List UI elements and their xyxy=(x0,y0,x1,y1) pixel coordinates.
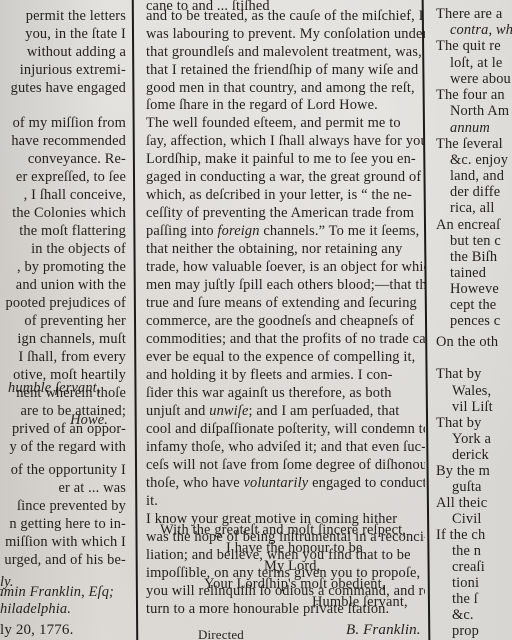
text-line: n getting here to in- xyxy=(9,516,126,533)
text-line: ever be equal to the expence of compelli… xyxy=(146,349,415,366)
text-line: pooted prejudices of xyxy=(6,295,127,312)
text-line: North Am xyxy=(450,103,509,120)
text-line: impoſſible, on any terms given you to pr… xyxy=(146,565,420,582)
text-line: you will relinquiſh ſo odious a command,… xyxy=(146,583,425,600)
text-line: turn to a more honourable private ſtatio… xyxy=(146,601,389,618)
text-line: &c. xyxy=(452,607,474,624)
text-line: nent wherein thoſe xyxy=(16,385,126,402)
text-line: An encreaſ xyxy=(436,217,500,234)
text-line: That by xyxy=(436,366,481,383)
text-line: injurious extremi- xyxy=(20,62,126,79)
text-line: true and ſure means of extending and ſec… xyxy=(146,295,417,312)
franklin-signature: B. Franklin. xyxy=(346,622,421,639)
text-line: derick xyxy=(452,447,489,464)
text-line: If the ch xyxy=(436,527,485,544)
text-line: I ſhall, from every xyxy=(18,349,126,366)
text-line: ſome ſhare in the regard of Lord Howe. xyxy=(146,97,378,114)
text-line: , I ſhall conceive, xyxy=(24,187,126,204)
text-line: the n xyxy=(452,543,481,560)
text-line: vil Liſt xyxy=(452,399,493,416)
philadelphia-place: hiladelphia. xyxy=(0,601,71,618)
text-line: The well founded eſteem, and permit me t… xyxy=(146,115,401,132)
text-line: paſſing into foreign channels.” To me it… xyxy=(146,223,419,240)
text-line: contra, wh xyxy=(450,22,512,39)
text-line: annum xyxy=(450,120,490,137)
text-line: Lordſhip, make it painful to me to ſee y… xyxy=(146,151,416,168)
text-line: rica, all xyxy=(450,200,495,217)
text-line: was the hope of being inſtrumental in a … xyxy=(146,529,425,546)
text-line: otive, moſt heartily xyxy=(13,367,126,384)
text-line: the Colonies which xyxy=(12,205,126,222)
text-line: of my miſſion from xyxy=(13,115,126,132)
text-line: but ten c xyxy=(450,233,501,250)
text-line: gaged in conducting a war, the great gro… xyxy=(146,169,421,186)
text-line: which, as deſcribed in your letter, is “… xyxy=(146,187,412,204)
text-line: ſay, affection, which I ſhall always hav… xyxy=(146,133,425,150)
text-line: trade, how valuable ſoever, is an object… xyxy=(146,259,425,276)
left-column: humble ſervant, Howe. ly. amin Franklin,… xyxy=(0,0,130,640)
text-line: pences c xyxy=(450,313,500,330)
text-line: without adding a xyxy=(27,44,126,61)
text-line: On the oth xyxy=(436,334,498,351)
text-line: cool and diſpaſſionate poſterity, will c… xyxy=(146,421,425,438)
italic-word: voluntarily xyxy=(244,475,309,491)
letter-date: ly 20, 1776. xyxy=(0,622,73,639)
text-line: cept the xyxy=(450,297,496,314)
text-line: and union with the xyxy=(16,277,126,294)
text-line: that neither the obtaining, nor retainin… xyxy=(146,241,403,258)
text-line: were abou xyxy=(450,71,511,88)
text-line: Howeve xyxy=(450,281,499,298)
text-line: land, and xyxy=(450,168,504,185)
text-line: in the objects of xyxy=(31,241,126,258)
text-line: That by xyxy=(436,415,481,432)
text-line: you, in the ſtate I xyxy=(25,26,126,43)
text-line: The quit re xyxy=(436,38,501,55)
text-line: of preventing her xyxy=(24,313,126,330)
middle-column: With the greateſt and moſt ſincere reſpe… xyxy=(140,0,425,640)
text-line: permit the letters xyxy=(26,8,126,25)
text-line: York a xyxy=(452,431,491,448)
text-line: , by promoting the xyxy=(17,259,126,276)
text-line: that groundleſs and malevolent treatment… xyxy=(146,44,422,61)
text-line: guſta xyxy=(452,479,482,496)
text-line: liation; and believe, when you find that… xyxy=(146,547,411,564)
text-line: conveyance. Re- xyxy=(28,151,126,168)
text-line: have recommended xyxy=(11,133,126,150)
text-line: good men in that country, and among the … xyxy=(146,80,415,97)
text-line: are to be attained; xyxy=(20,403,126,420)
text-line: it. xyxy=(146,493,158,510)
text-line: prived of an oppor- xyxy=(12,421,126,438)
text-line: infamy thoſe, who adviſed it; and that e… xyxy=(146,439,425,456)
text-line: thoſe, who have voluntarily engaged to c… xyxy=(146,475,425,492)
text-line: der diffe xyxy=(450,184,500,201)
text-line: commodities; and that the profits of no … xyxy=(146,331,425,348)
text-line: Wales, xyxy=(452,383,491,400)
text-line: loſt, at le xyxy=(450,55,502,72)
text-line: men may juſtly ſpill each others blood;—… xyxy=(146,277,425,294)
text-line: creaſi xyxy=(452,559,485,576)
text-line: the ſ xyxy=(452,591,478,608)
text-line: The ſeveral xyxy=(436,136,503,153)
text-line: ſince prevented by xyxy=(17,498,126,515)
text-line: unjuſt and unwiſe; and I am perſuaded, t… xyxy=(146,403,399,420)
text-line: was labouring to prevent. My conſolation… xyxy=(146,26,425,43)
text-line: ceſſity of preventing the American trade… xyxy=(146,205,414,222)
text-line: All theic xyxy=(436,495,487,512)
text-line: urged, and of his be- xyxy=(4,552,126,569)
text-line: The four an xyxy=(436,87,505,104)
text-line: ign channels, muſt xyxy=(17,331,126,348)
text-line: miſſion with which I xyxy=(5,534,126,551)
text-line: er expreſſed, to ſee xyxy=(16,169,126,186)
column-rule-left xyxy=(132,0,138,640)
text-line: er at ... was xyxy=(59,480,126,497)
text-line: Civil xyxy=(452,511,482,528)
text-line: commerce, are the goodneſs and cheapneſs… xyxy=(146,313,414,330)
text-line: ceſs will not ſave from ſome degree of d… xyxy=(146,457,425,474)
text-line: tioni xyxy=(452,575,479,592)
italic-word: unwiſe xyxy=(209,403,248,419)
text-line: the Biſh xyxy=(450,249,497,266)
text-line: &c. enjoy xyxy=(450,152,508,169)
newspaper-page: humble ſervant, Howe. ly. amin Franklin,… xyxy=(0,0,512,640)
text-line: that I retained the friendſhip of many w… xyxy=(146,62,418,79)
text-line: of the opportunity I xyxy=(11,462,126,479)
right-column: There are acontra, whThe quit reloſt, at… xyxy=(432,0,512,640)
text-line: the moſt flattering xyxy=(19,223,126,240)
text-line: prop xyxy=(452,623,479,640)
text-line: and to be treated, as the cauſe of the m… xyxy=(146,8,424,25)
text-line: y of the regard with xyxy=(10,439,127,456)
text-line: and holding it by fleets and armies. I c… xyxy=(146,367,393,384)
text-line: tained xyxy=(450,265,486,282)
text-line: There are a xyxy=(436,6,502,23)
franklin-addressee: amin Franklin, Eſq; xyxy=(0,584,114,601)
directed-label: Directed xyxy=(198,626,244,640)
text-line: By the m xyxy=(436,463,490,480)
italic-word: foreign xyxy=(218,223,260,239)
text-line: ſider this war againſt us therefore, as … xyxy=(146,385,392,402)
text-line: gutes have engaged xyxy=(11,80,126,97)
text-line: I know your great motive in coming hithe… xyxy=(146,511,397,528)
